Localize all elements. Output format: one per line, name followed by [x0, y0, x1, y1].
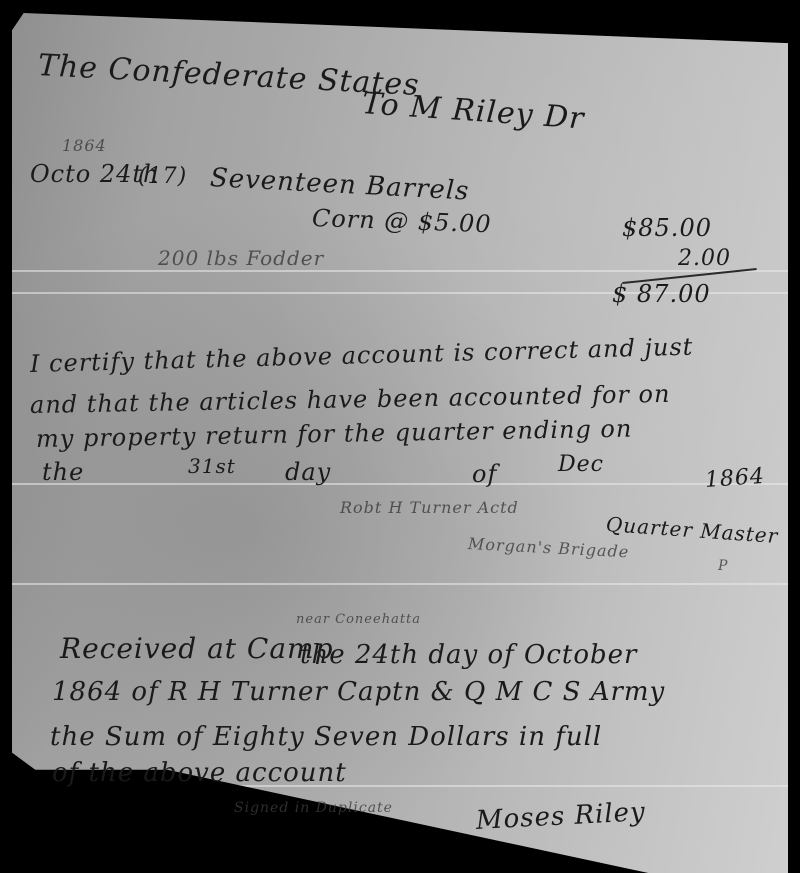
- entry-item-number: (17): [138, 164, 187, 189]
- amount-total: $ 87.00: [612, 280, 711, 308]
- certification-of: of: [472, 460, 497, 488]
- amount-fodder: 2.00: [678, 246, 731, 271]
- certification-mark: P: [718, 558, 728, 574]
- certification-day-label: day: [285, 458, 331, 486]
- receipt-received-at: Received at Camp: [60, 632, 334, 665]
- entry-year: 1864: [62, 136, 107, 155]
- fold-line: [12, 583, 788, 585]
- certification-signature: Robt H Turner Actd: [340, 498, 519, 517]
- receipt-note: Signed in Duplicate: [234, 800, 393, 816]
- receipt-line4: of the above account: [52, 758, 347, 788]
- certification-day-number: 31st: [188, 454, 236, 478]
- certification-month: Dec: [558, 452, 604, 477]
- certification-year: 1864: [704, 464, 766, 493]
- entry-description-line3: 200 lbs Fodder: [158, 246, 324, 270]
- amount-corn: $85.00: [622, 214, 712, 242]
- receipt-insertion: near Coneehatta: [296, 612, 421, 627]
- fold-line: [12, 483, 788, 485]
- fold-line: [12, 270, 788, 272]
- receipt-line1: the 24th day of October: [300, 640, 637, 670]
- receipt-line2: 1864 of R H Turner Captn & Q M C S Army: [52, 677, 665, 707]
- receipt-line3: the Sum of Eighty Seven Dollars in full: [50, 722, 602, 752]
- certification-the: the: [42, 458, 84, 486]
